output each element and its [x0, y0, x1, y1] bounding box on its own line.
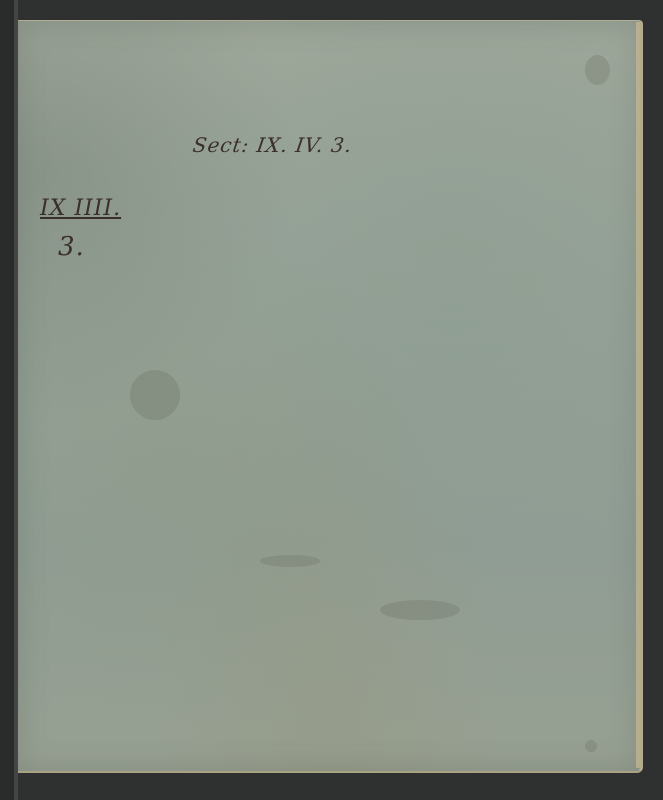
page-edge-right [636, 22, 640, 768]
stain [260, 555, 320, 567]
stain [130, 370, 180, 420]
stain [585, 55, 610, 85]
stain [585, 740, 597, 752]
shelfmark-inscription: Sect: IX. IV. 3. [191, 133, 354, 157]
roman-numeral-text: IX IIII. [40, 196, 121, 221]
scan-background-left [0, 0, 14, 800]
sub-number-inscription: 3. [58, 232, 85, 262]
roman-numeral-inscription: IX IIII. [40, 196, 121, 221]
stain [380, 600, 460, 620]
